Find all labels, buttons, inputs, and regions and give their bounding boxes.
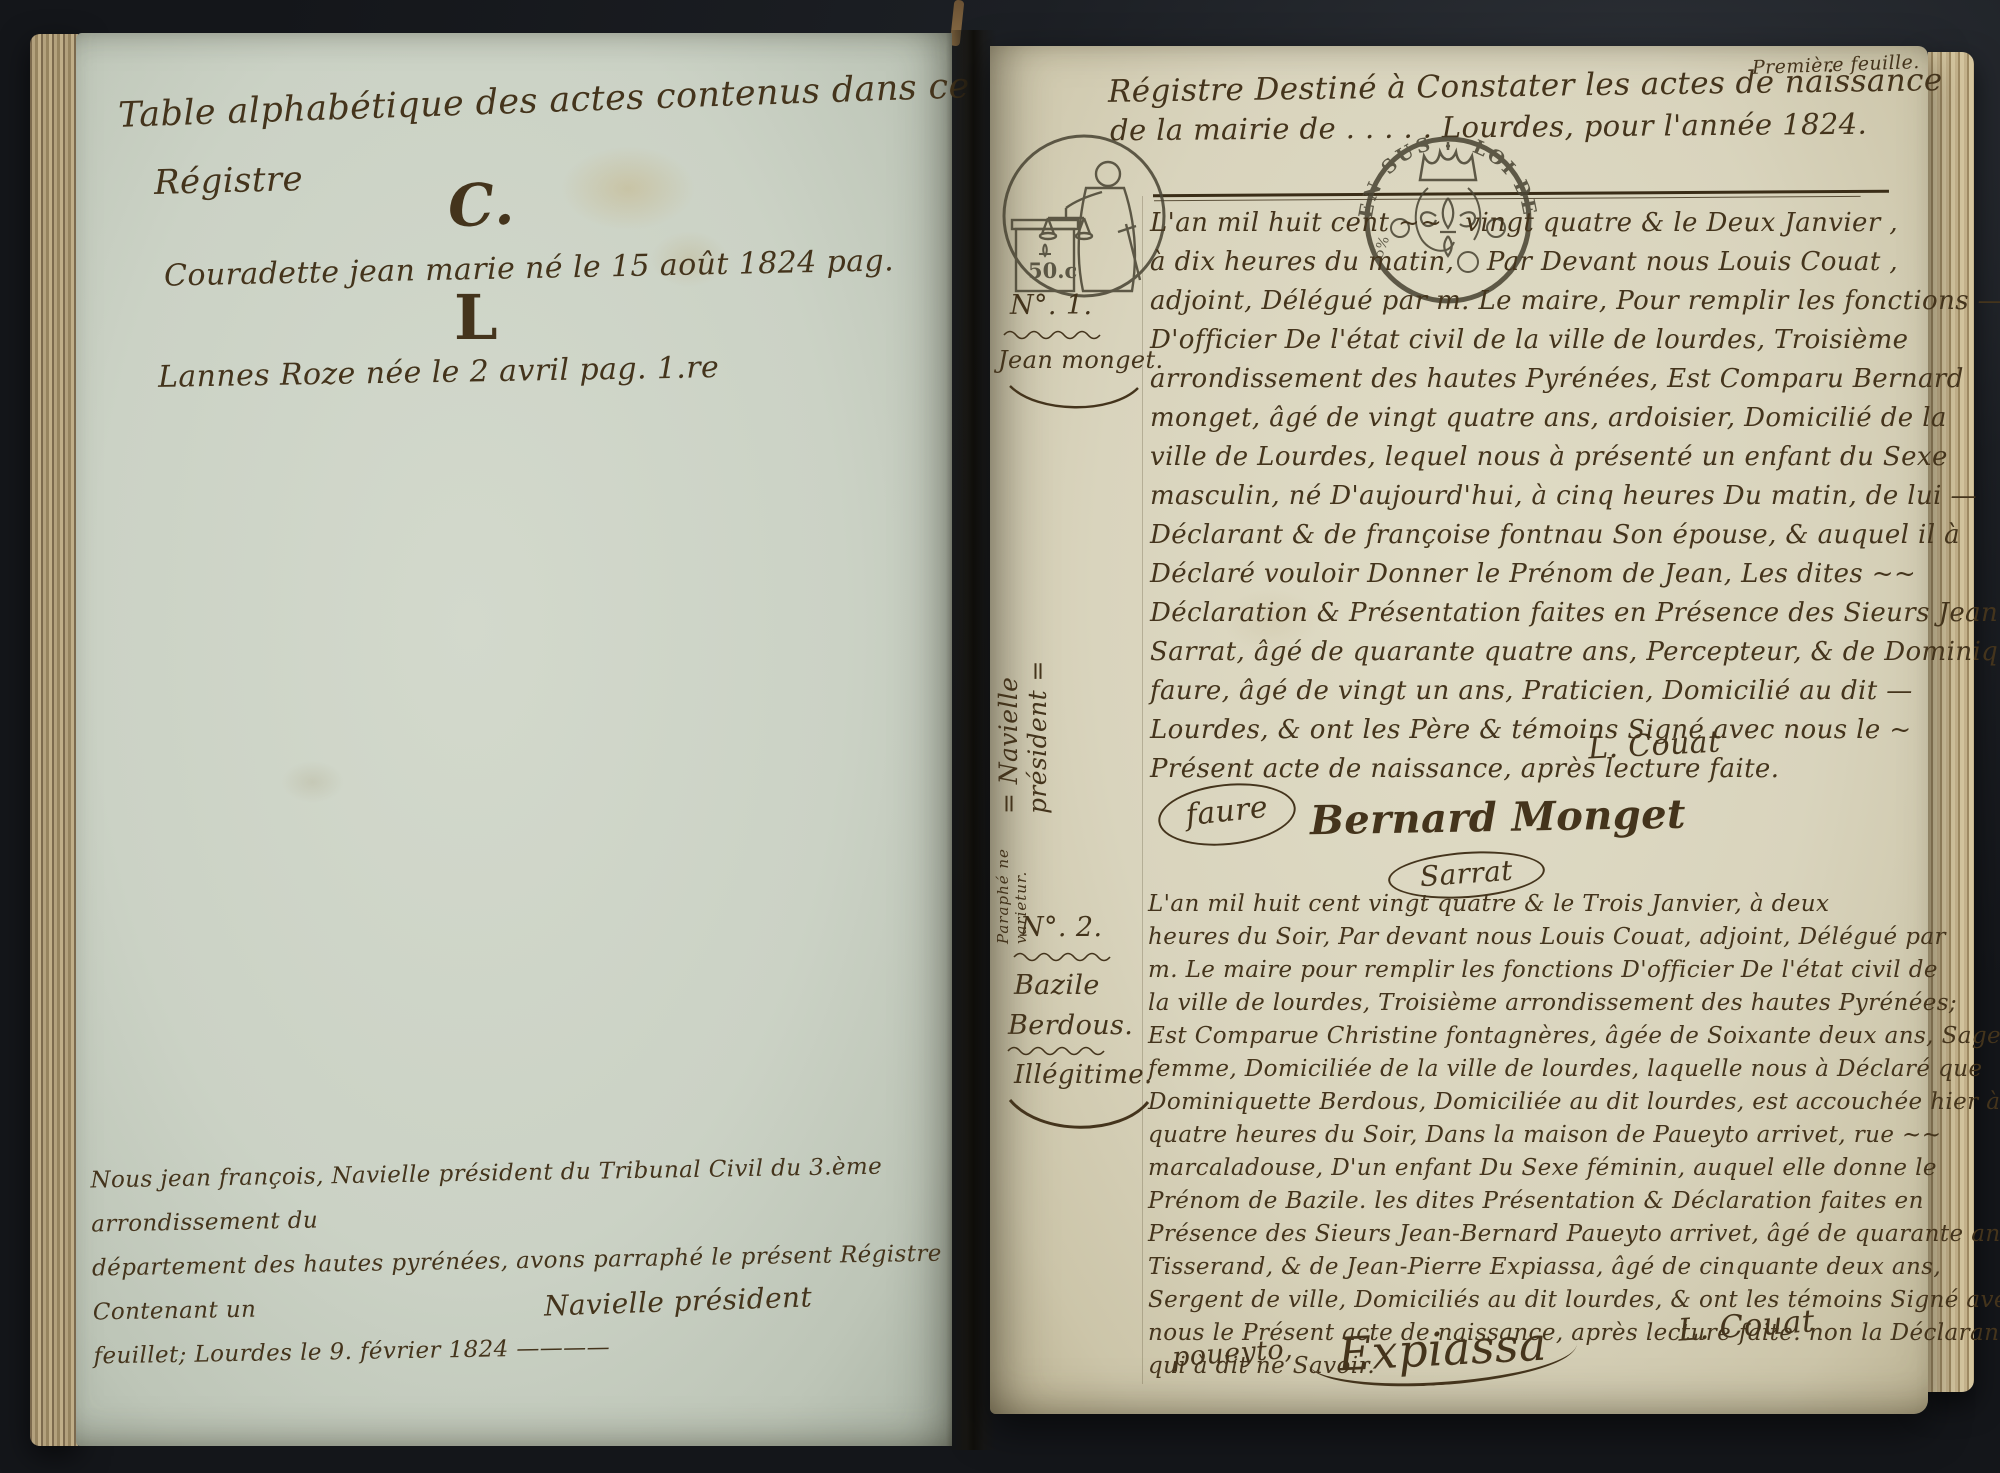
squiggle-underline (1006, 1046, 1110, 1056)
act-line: L'an mil huit cent vingt quatre & le Tro… (1148, 888, 1906, 921)
act-line: Dominiquette Berdous, Domiciliée au dit … (1148, 1086, 1906, 1119)
stamp-value-text: 50.c (1028, 258, 1077, 283)
act-line: ville de Lourdes, lequel nous à présenté… (1150, 438, 1898, 477)
act2-margin-name-bazile: Bazile (1014, 970, 1100, 1001)
table-title-line2: Régistre (154, 159, 304, 203)
act-line-right: vingt quatre & le Deux Janvier , (1465, 204, 1898, 243)
act-line: adjoint, Délégué par m. Le maire, Pour r… (1150, 282, 1898, 321)
act1-officer-signature: L. Couat (1587, 725, 1721, 767)
act2-margin-number: N°. 2. (1020, 912, 1102, 943)
book-page-edges-right (1928, 52, 1974, 1392)
act2-margin-note-illegitime: Illégitime. (1014, 1060, 1153, 1090)
act-line: Sarrat, âgé de quarante quatre ans, Perc… (1150, 633, 1898, 672)
act-line: la ville de lourdes, Troisième arrondiss… (1148, 987, 1906, 1020)
birth-act-1: L'an mil huit cent ~~ vingt quatre & le … (1150, 204, 1898, 789)
paraph-note-line: département des hautes pyrénées, avons p… (92, 1232, 949, 1335)
act-line: Prénom de Bazile. les dites Présentation… (1148, 1185, 1906, 1218)
left-page-alphabetical-table: Table alphabétique des actes contenus da… (76, 33, 952, 1446)
book-gutter-shadow (946, 30, 996, 1450)
squiggle-underline (1002, 330, 1106, 340)
table-entry-lannes: Lannes Roze née le 2 avril pag. 1.re (158, 350, 720, 395)
act-line: masculin, né D'aujourd'hui, à cinq heure… (1150, 477, 1898, 516)
act1-margin-name: Jean monget. (998, 346, 1164, 374)
act-line: arrondissement des hautes Pyrénées, Est … (1150, 360, 1898, 399)
table-entry-couradette: Couradette jean marie né le 15 août 1824… (164, 243, 895, 293)
act-line: Déclaré vouloir Donner le Prénom de Jean… (1150, 555, 1898, 594)
act-line: heures du Soir, Par devant nous Louis Co… (1148, 921, 1906, 954)
act-line: Déclarant & de françoise fontnau Son épo… (1150, 516, 1898, 555)
right-page-birth-acts: Première feuille. Régistre Destiné à Con… (990, 46, 1928, 1414)
section-letter-l: L (454, 281, 498, 354)
squiggle-underline (1012, 952, 1116, 962)
register-header-line1: Régistre Destiné à Constater les actes d… (1108, 62, 1943, 110)
act1-margin-number: N°. 1. (1010, 290, 1092, 321)
act-line: à dix heures du matin, Par Devant nous L… (1150, 243, 1898, 282)
book-page-edges-left (30, 34, 78, 1446)
act-line: L'an mil huit cent ~~ vingt quatre & le … (1150, 204, 1898, 243)
act-line: femme, Domiciliée de la ville de lourdes… (1148, 1053, 1906, 1086)
undercurve-flourish (1004, 1098, 1154, 1132)
table-title-line1: Table alphabétique des actes contenus da… (118, 66, 971, 136)
section-letter-c: C. (446, 169, 516, 240)
act-line: D'officier De l'état civil de la ville d… (1150, 321, 1898, 360)
undercurve-flourish (1004, 382, 1144, 410)
act-line: marcaladouse, D'un enfant Du Sexe fémini… (1148, 1152, 1906, 1185)
act-line-left: L'an mil huit cent ~~ (1150, 204, 1442, 243)
paraph-note: Nous jean françois, Navielle président d… (90, 1144, 950, 1379)
act-line: faure, âgé de vingt un ans, Praticien, D… (1150, 672, 1898, 711)
act-line: Tisserand, & de Jean-Pierre Expiassa, âg… (1148, 1251, 1906, 1284)
act-line: Présent acte de naissance, après lecture… (1150, 750, 1898, 789)
register-scan-photo: Table alphabétique des actes contenus da… (0, 0, 2000, 1473)
act-line: Est Comparue Christine fontagnères, âgée… (1148, 1020, 1906, 1053)
gutter-note-navielle: = Navielle président = (994, 594, 1052, 814)
act1-signature-bernard-monget: Bernard Monget (1310, 791, 1687, 845)
act-line: Lourdes, & ont les Père & témoins Signé … (1150, 711, 1898, 750)
paraph-note-line: Nous jean françois, Navielle président d… (90, 1144, 947, 1247)
margin-rule-line (1142, 196, 1143, 1384)
act2-margin-name-berdous: Berdous. (1008, 1010, 1133, 1041)
act-line: monget, âgé de vingt quatre ans, ardoisi… (1150, 399, 1898, 438)
revenue-stamp-50c: 50.c (998, 128, 1170, 304)
act-line: Déclaration & Présentation faites en Pré… (1150, 594, 1898, 633)
act-line-left: à dix heures du matin, (1150, 243, 1454, 282)
act-line: Présence des Sieurs Jean-Bernard Paueyto… (1148, 1218, 1906, 1251)
act-line-right: Par Devant nous Louis Couat , (1487, 243, 1898, 282)
act-line: m. Le maire pour remplir les fonctions D… (1148, 954, 1906, 987)
gutter-paraph-note: Paraphé ne varietur. = Navielle présiden… (994, 594, 1052, 944)
act-line: quatre heures du Soir, Dans la maison de… (1148, 1119, 1906, 1152)
